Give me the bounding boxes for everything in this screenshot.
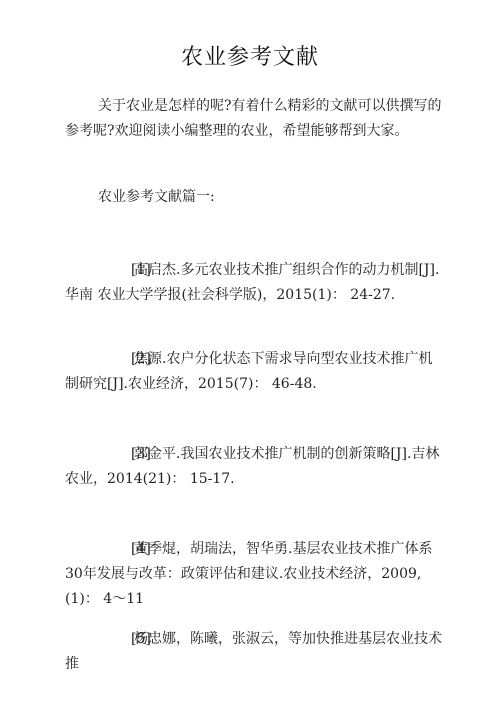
reference-number: [3] xyxy=(98,442,134,467)
reference-number: [2] xyxy=(98,347,134,372)
reference-number: [4] xyxy=(98,537,134,562)
reference-number: [5] xyxy=(98,627,134,652)
reference-item: [1]高启杰.多元农业技术推广组织合作的动力机制[J].华南 农业大学学报(社会… xyxy=(65,258,445,308)
reference-item: [3]郭金平.我国农业技术推广机制的创新策略[J].吉林农业，2014(21)：… xyxy=(65,442,445,492)
page-title: 农业参考文献 xyxy=(0,40,500,71)
reference-item: [5]杨忠娜，陈曦，张淑云，等加快推进基层农业技术推 xyxy=(65,627,445,677)
intro-paragraph: 关于农业是怎样的呢?有着什么精彩的文献可以供撰写的参考呢?欢迎阅读小编整理的农业… xyxy=(65,94,445,144)
reference-number: [1] xyxy=(98,258,134,283)
section-heading: 农业参考文献篇一: xyxy=(65,185,445,210)
reference-item: [2]焦源.农户分化状态下需求导向型农业技术推广机制研究[J].农业经济，201… xyxy=(65,347,445,397)
reference-item: [4]黄季焜，胡瑞法，智华勇.基层农业技术推广体系30年发展与改革：政策评估和建… xyxy=(65,537,445,612)
